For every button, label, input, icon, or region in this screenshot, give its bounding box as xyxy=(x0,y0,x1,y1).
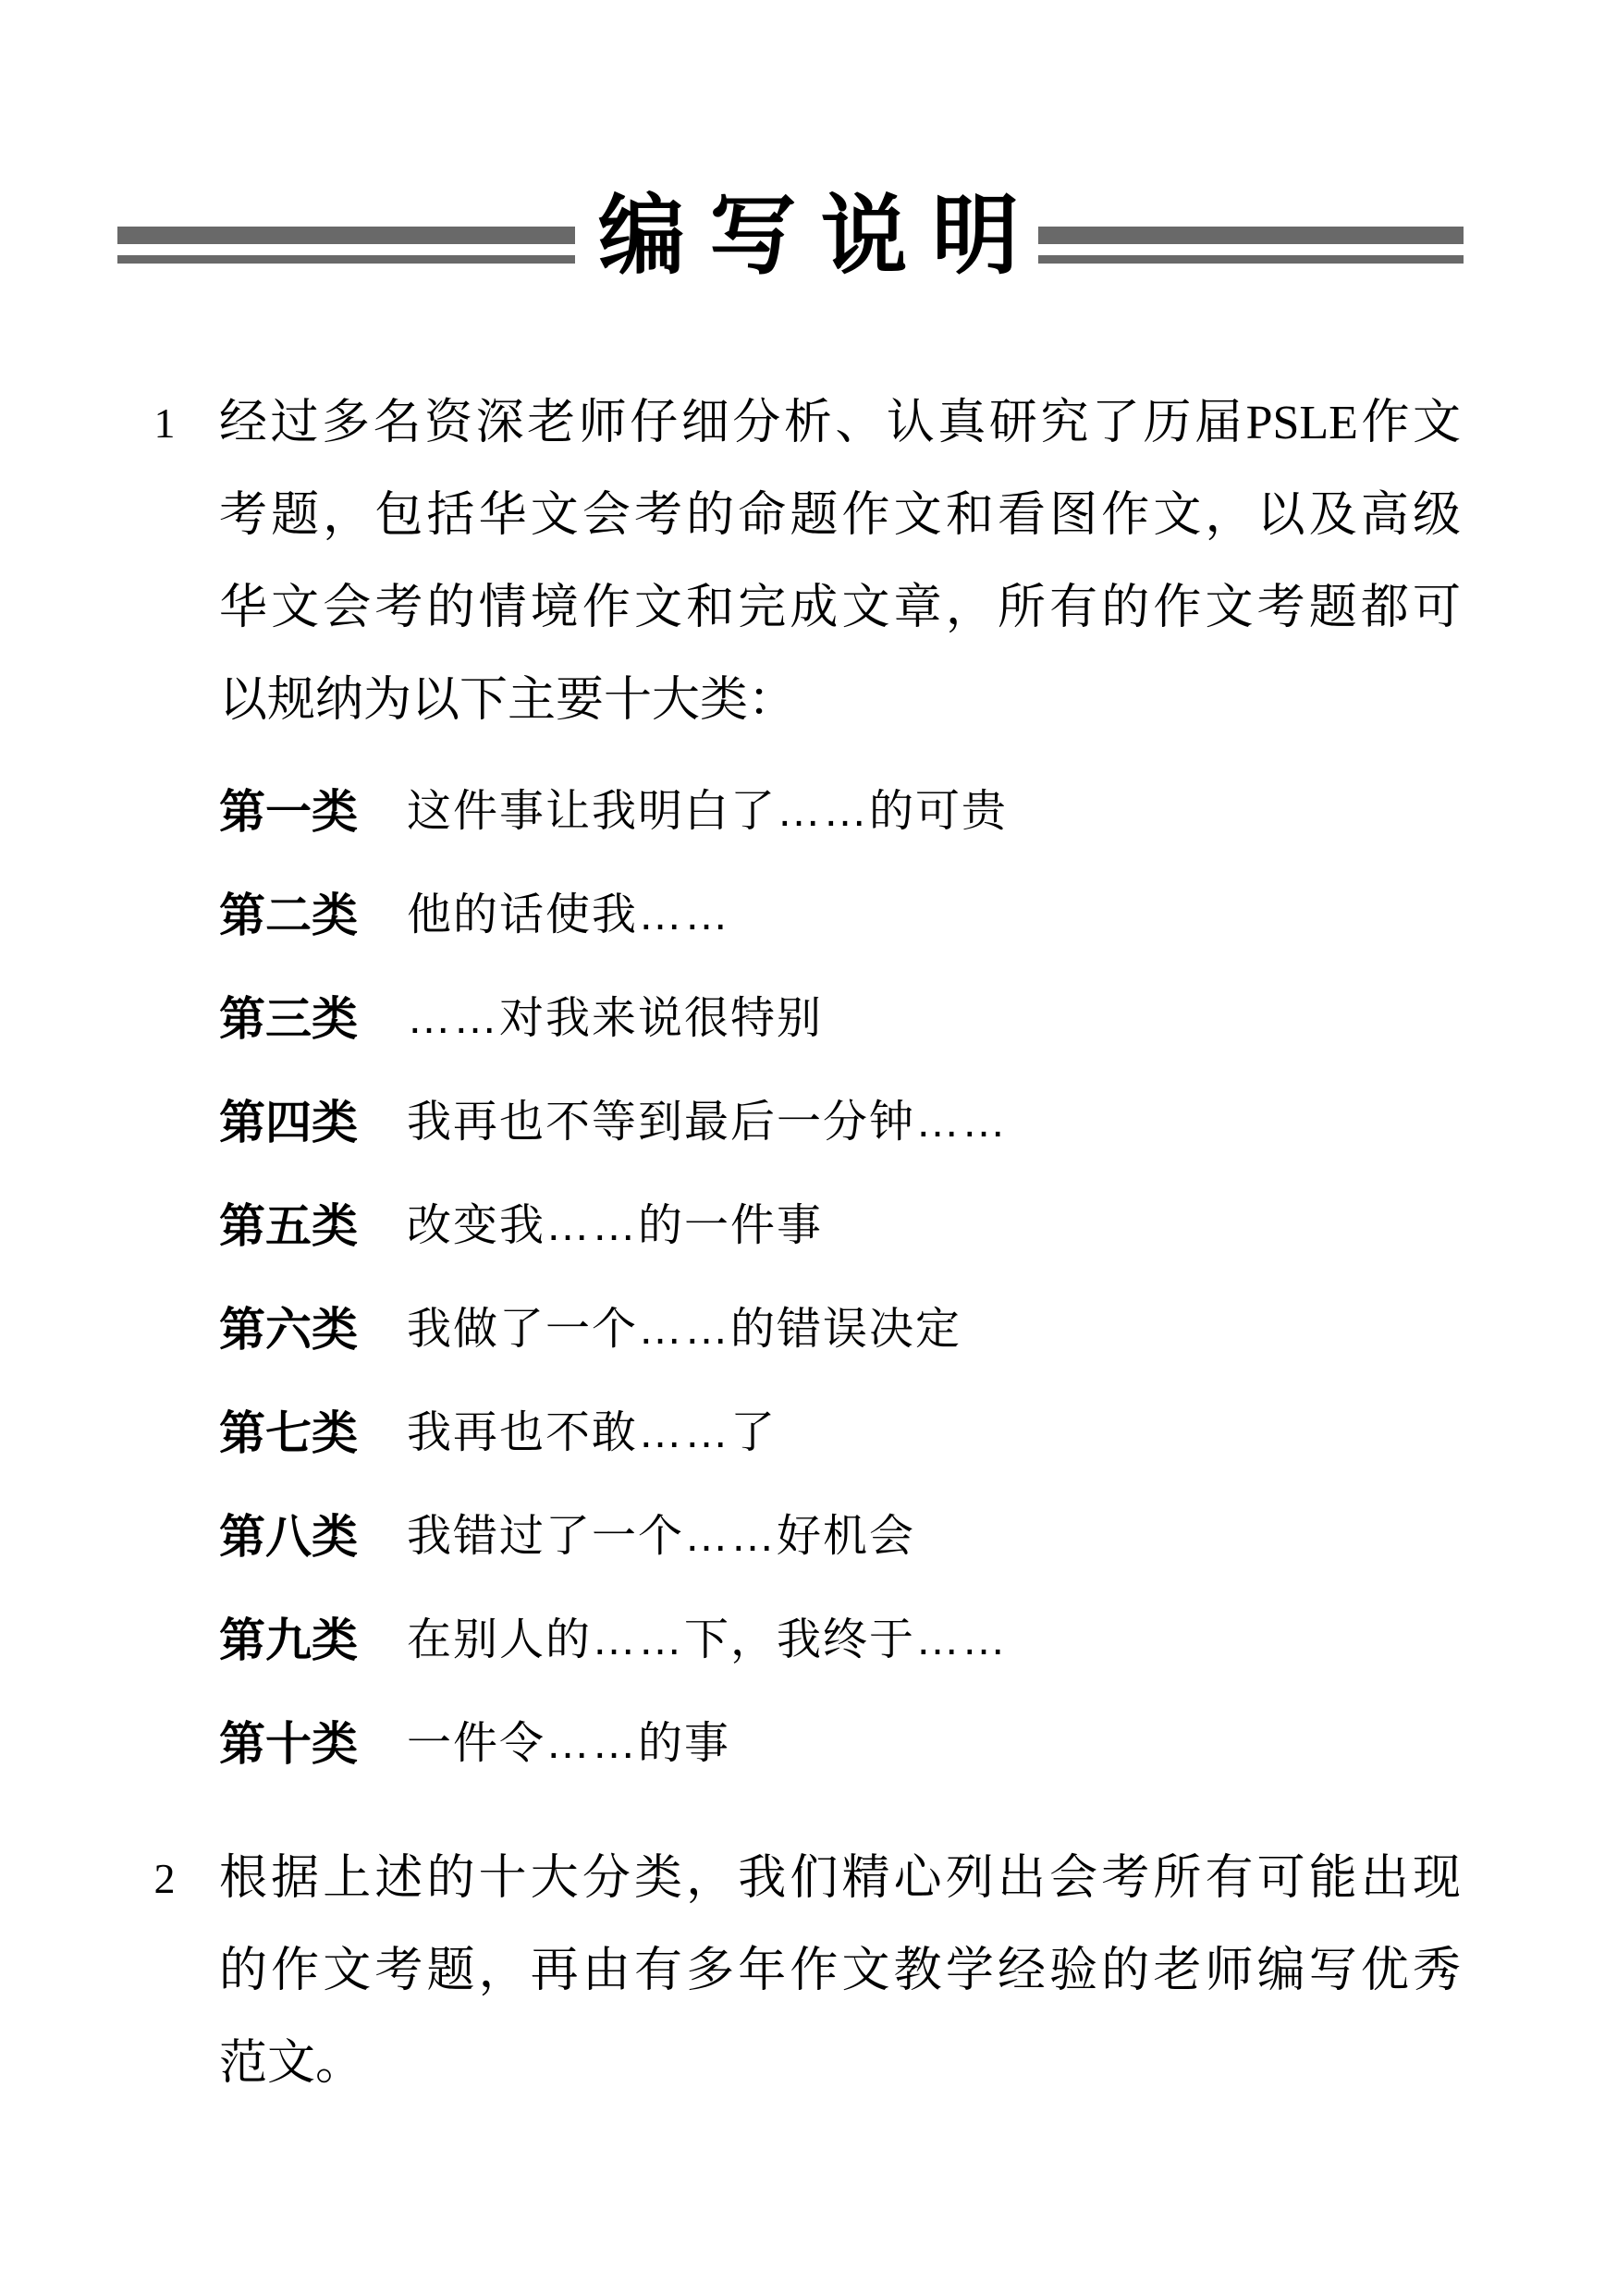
category-text: 我再也不敢……了 xyxy=(407,1408,777,1457)
category-label: 第七类 xyxy=(219,1407,407,1459)
paragraph-number: 2 xyxy=(137,1833,192,1925)
paragraph-line: 以规纳为以下主要十大类： xyxy=(219,655,1461,747)
category-text: 我做了一个……的错误决定 xyxy=(407,1305,962,1354)
category-list: 第一类这件事让我明白了……的可贵 第二类他的话使我…… 第三类……对我来说很特别… xyxy=(219,786,1008,1822)
paragraph-line: 范文。 xyxy=(219,2018,1461,2110)
paragraph-number: 1 xyxy=(137,377,192,470)
category-row: 第六类我做了一个……的错误决定 xyxy=(219,1304,1008,1356)
category-label: 第九类 xyxy=(219,1615,407,1666)
category-label: 第五类 xyxy=(219,1200,407,1252)
category-text: 我再也不等到最后一分钟…… xyxy=(407,1098,1008,1147)
category-text: 这件事让我明白了……的可贵 xyxy=(407,787,1008,836)
category-label: 第一类 xyxy=(219,786,407,838)
paragraph: 经过多名资深老师仔细分析、认真研究了历届PSLE作文 考题，包括华文会考的命题作… xyxy=(219,377,1461,747)
category-row: 第四类我再也不等到最后一分钟…… xyxy=(219,1097,1008,1148)
category-row: 第八类我错过了一个……好机会 xyxy=(219,1511,1008,1563)
category-text: ……对我来说很特别 xyxy=(407,994,823,1043)
category-text: 他的话使我…… xyxy=(407,890,730,939)
category-text: 改变我……的一件事 xyxy=(407,1201,823,1250)
paragraph: 根据上述的十大分类，我们精心列出会考所有可能出现 的作文考题，再由有多年作文教学… xyxy=(219,1833,1461,2110)
paragraph-line: 华文会考的情境作文和完成文章，所有的作文考题都可 xyxy=(219,562,1461,655)
category-row: 第二类他的话使我…… xyxy=(219,890,1008,941)
paragraph-line: 根据上述的十大分类，我们精心列出会考所有可能出现 xyxy=(219,1833,1461,1925)
category-row: 第一类这件事让我明白了……的可贵 xyxy=(219,786,1008,838)
paragraph-line: 经过多名资深老师仔细分析、认真研究了历届PSLE作文 xyxy=(219,377,1461,470)
category-row: 第十类一件令……的事 xyxy=(219,1718,1008,1770)
category-label: 第四类 xyxy=(219,1097,407,1148)
category-text: 一件令……的事 xyxy=(407,1719,730,1768)
category-text: 在别人的……下，我终于…… xyxy=(407,1615,1008,1664)
category-label: 第三类 xyxy=(219,993,407,1045)
category-text: 我错过了一个……好机会 xyxy=(407,1512,915,1561)
document-page: 编写说明 1 经过多名资深老师仔细分析、认真研究了历届PSLE作文 考题，包括华… xyxy=(0,0,1617,2296)
category-row: 第七类我再也不敢……了 xyxy=(219,1407,1008,1459)
paragraph-line: 的作文考题，再由有多年作文教学经验的老师编写优秀 xyxy=(219,1925,1461,2018)
category-label: 第六类 xyxy=(219,1304,407,1356)
category-row: 第三类……对我来说很特别 xyxy=(219,993,1008,1045)
category-label: 第八类 xyxy=(219,1511,407,1563)
category-row: 第九类在别人的……下，我终于…… xyxy=(219,1615,1008,1666)
page-title: 编写说明 xyxy=(0,190,1617,282)
category-row: 第五类改变我……的一件事 xyxy=(219,1200,1008,1252)
paragraph-line: 考题，包括华文会考的命题作文和看图作文，以及高级 xyxy=(219,470,1461,562)
category-label: 第十类 xyxy=(219,1718,407,1770)
category-label: 第二类 xyxy=(219,890,407,941)
